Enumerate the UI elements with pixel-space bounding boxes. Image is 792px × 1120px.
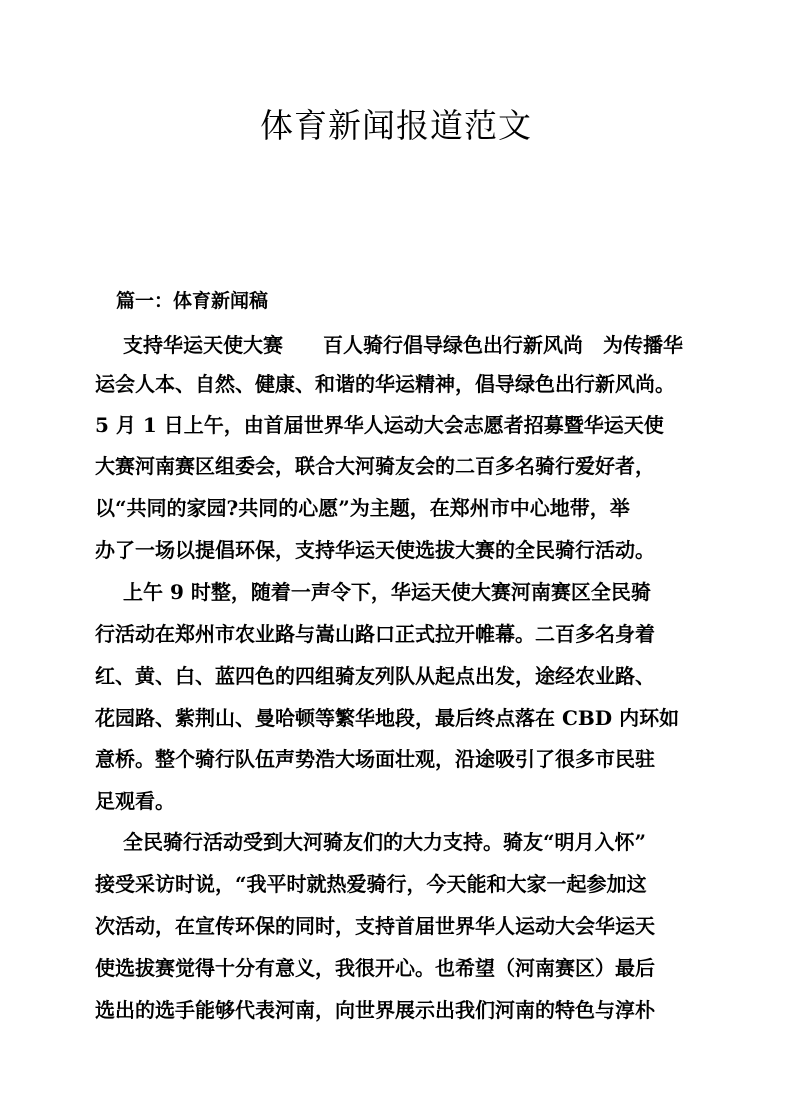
paragraph-3-line-5: 选出的选手能够代表河南，向世界展示出我们河南的特色与淳朴 [95, 995, 715, 1025]
document-title: 体育新闻报道范文 [0, 103, 792, 149]
paragraph-2-line-1: 上午 9 时整，随着一声令下，华运天使大赛河南赛区全民骑 [123, 577, 743, 607]
paragraph-3-line-3: 次活动，在宣传环保的同时，支持首届世界华人运动大会华运天 [95, 911, 715, 941]
paragraph-2-line-3: 红、黄、白、蓝四色的四组骑友列队从起点出发，途经农业路、 [95, 661, 715, 691]
paragraph-2-line-4: 花园路、紫荆山、曼哈顿等繁华地段，最后终点落在 CBD 内环如 [95, 703, 715, 733]
paragraph-1-line-5: 以“共同的家园?共同的心愿”为主题，在郑州市中心地带，举 [95, 493, 715, 523]
paragraph-1-line-6: 办了一场以提倡环保，支持华运天使选拔大赛的全民骑行活动。 [95, 535, 715, 565]
paragraph-2-line-2: 行活动在郑州市农业路与嵩山路口正式拉开帷幕。二百多名身着 [95, 619, 715, 649]
paragraph-1-line-3: 5 月 1 日上午，由首届世界华人运动大会志愿者招募暨华运天使 [95, 410, 715, 440]
paragraph-1-line-1: 支持华运天使大赛 百人骑行倡导绿色出行新风尚 为传播华 [123, 330, 743, 360]
paragraph-3-line-4: 使选拔赛觉得十分有意义，我很开心。也希望（河南赛区）最后 [95, 953, 715, 983]
paragraph-1-line-4: 大赛河南赛区组委会，联合大河骑友会的二百多名骑行爱好者， [95, 451, 715, 481]
paragraph-2-line-6: 足观看。 [95, 786, 715, 816]
paragraph-3-line-1: 全民骑行活动受到大河骑友们的大力支持。骑友“明月入怀” [123, 827, 743, 857]
section-heading: 篇一：体育新闻稿 [116, 287, 268, 315]
paragraph-2-line-5: 意桥。整个骑行队伍声势浩大场面壮观，沿途吸引了很多市民驻 [95, 744, 715, 774]
paragraph-1-line-2: 运会人本、自然、健康、和谐的华运精神，倡导绿色出行新风尚。 [95, 369, 715, 399]
document-page: 体育新闻报道范文 篇一：体育新闻稿 支持华运天使大赛 百人骑行倡导绿色出行新风尚… [0, 0, 792, 1120]
paragraph-3-line-2: 接受采访时说，“我平时就热爱骑行，今天能和大家一起参加这 [95, 869, 715, 899]
